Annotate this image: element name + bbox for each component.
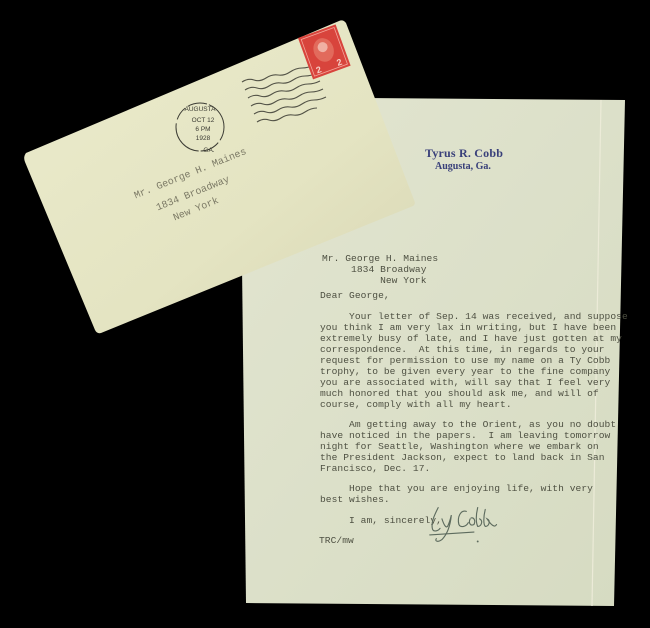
postmark-time: 6 PM [195, 126, 210, 133]
postmark-state: GA. [203, 147, 214, 154]
envelope-paper: 2 2 AUGUSTA OCT 12 6 PM 1928 GA. [0, 0, 650, 628]
postmark-date: OCT 12 [192, 117, 215, 124]
postmark-year: 1928 [196, 135, 211, 142]
postmark-city: AUGUSTA [185, 106, 217, 113]
envelope: 2 2 AUGUSTA OCT 12 6 PM 1928 GA. Mr. Geo… [0, 0, 650, 628]
